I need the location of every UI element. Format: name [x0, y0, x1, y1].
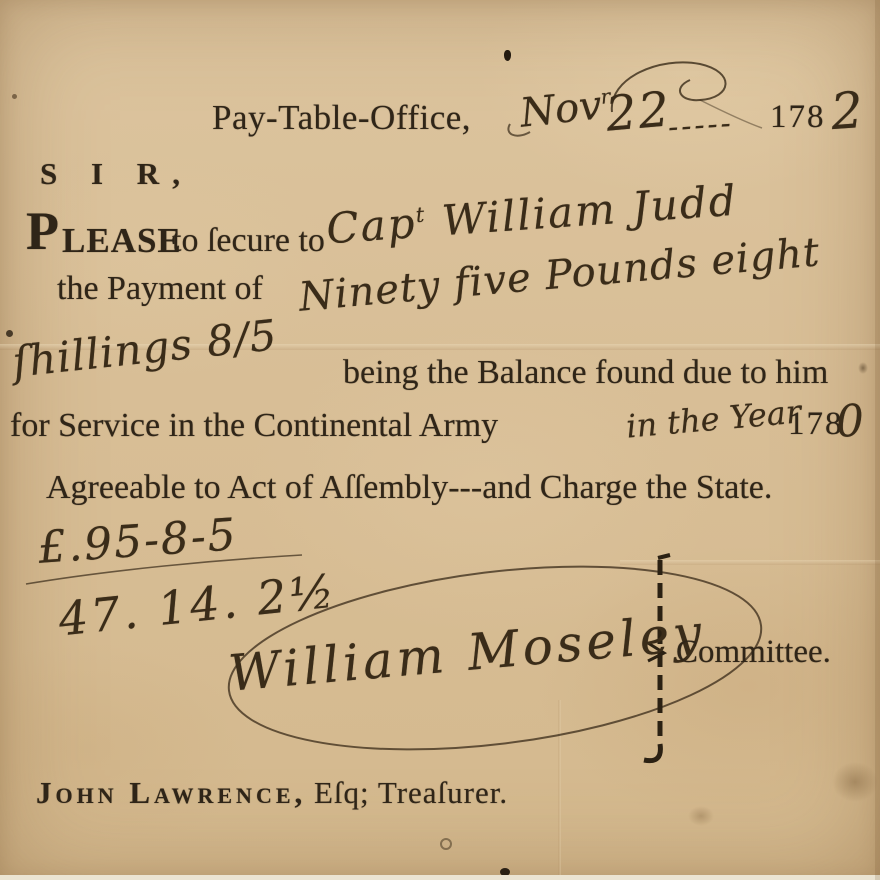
- amount-in-words-line2: ſhillings 8/5: [10, 310, 279, 387]
- date-day-handwritten: 22: [604, 81, 674, 142]
- amount-figures-handwritten: £.95-8-5: [36, 509, 239, 574]
- year-digit-handwritten: 2: [829, 81, 865, 141]
- horizontal-crease: [620, 560, 880, 565]
- treasurer-name: John Lawrence,: [36, 775, 306, 810]
- ink-speck: [12, 94, 17, 99]
- pay-table-office-document: Pay-Table-Office, Novr 22 ----- 178 2 S …: [0, 0, 880, 880]
- date-dashes: -----: [667, 106, 735, 145]
- paper-smudge: [688, 806, 714, 826]
- ink-drop-stain: [504, 50, 511, 61]
- scan-edge: [875, 0, 880, 880]
- payee-prefix: Cap: [325, 198, 418, 253]
- service-year-handwritten: in the Year: [625, 392, 803, 445]
- please-caps: LEASE: [62, 221, 182, 261]
- ink-speck: [6, 330, 13, 337]
- date-month-text: Nov: [518, 82, 604, 136]
- please-clause: to ſecure to: [172, 222, 325, 260]
- please-drop-cap: P: [26, 204, 59, 258]
- balance-clause: being the Balance found due to him: [343, 354, 828, 392]
- payment-of-clause: the Payment of: [57, 270, 263, 308]
- agreeable-clause: Agreeable to Act of Aſſembly---and Charg…: [46, 469, 772, 507]
- service-clause: for Service in the Continental Army: [10, 407, 498, 445]
- amount-secondary-handwritten: 47. 14. 2½: [56, 564, 340, 647]
- paper-smudge: [832, 762, 878, 802]
- vertical-crease: [558, 700, 561, 880]
- year-printed: 178: [770, 99, 826, 136]
- service-year-digit-handwritten: 0: [835, 395, 866, 447]
- ink-ring-mark: [440, 838, 452, 850]
- office-title: Pay-Table-Office,: [212, 98, 471, 138]
- scan-edge: [0, 875, 880, 880]
- treasurer-line: John Lawrence, Eſq; Treaſurer.: [36, 775, 508, 811]
- ink-mark: [858, 362, 868, 374]
- committee-label: Committee.: [676, 634, 831, 671]
- payee-rest: William Judd: [425, 176, 739, 247]
- date-month-handwritten: Novr: [518, 81, 614, 136]
- salutation: S I R,: [40, 156, 193, 192]
- treasurer-title: Eſq; Treaſurer.: [314, 775, 508, 810]
